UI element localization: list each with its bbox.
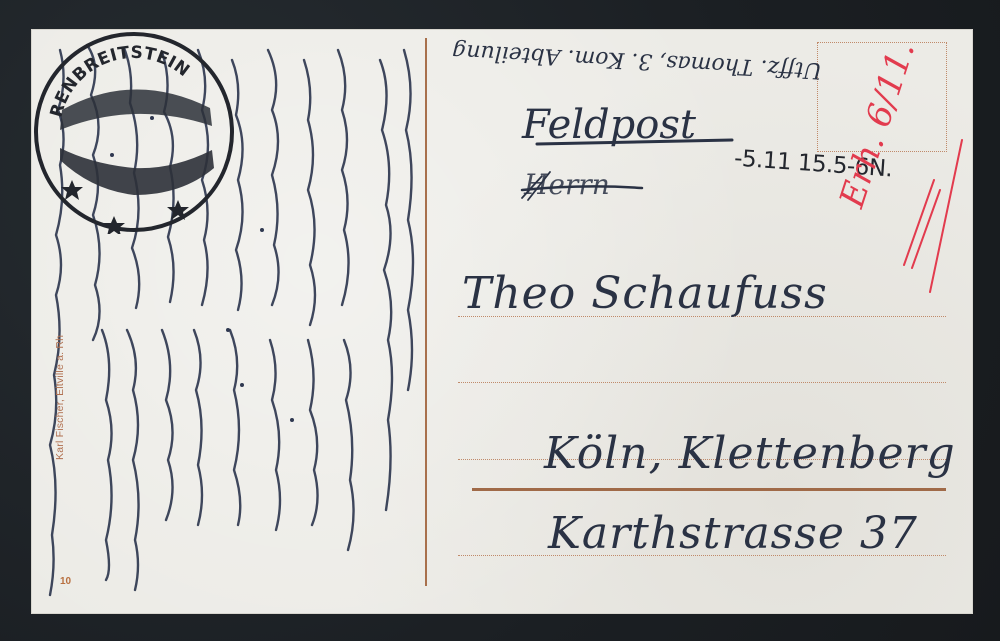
red-strokes [32,30,972,613]
postcard: Karl Fischer, Eltville a. Rh 10 Utffz. T… [32,30,972,613]
